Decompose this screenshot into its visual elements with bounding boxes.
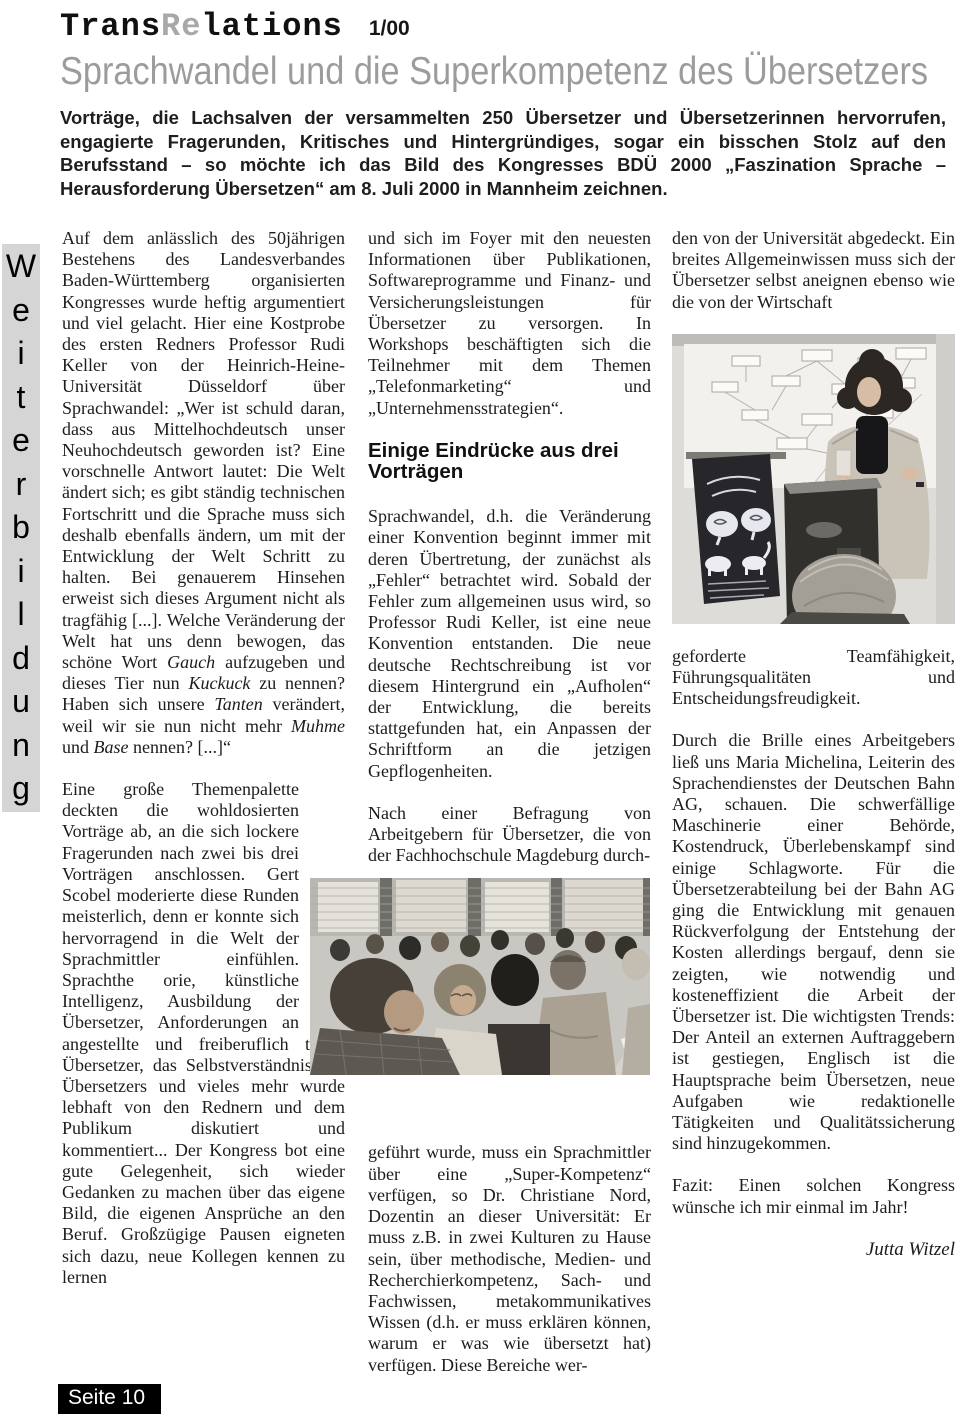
- logo-part-re: Re: [161, 8, 201, 45]
- sidebar-letter: t: [17, 376, 26, 420]
- sidebar-letter: n: [12, 724, 30, 768]
- logo-part-trans: Trans: [60, 8, 161, 45]
- sidebar-letter: e: [12, 419, 30, 463]
- author-byline: Jutta Witzel: [672, 1239, 955, 1260]
- paragraph: Nach einer Befragung von Arbeitgebern fü…: [368, 803, 651, 867]
- issue-number: 1/00: [369, 17, 410, 40]
- paragraph: den von der Universität abgedeckt. Ein b…: [672, 228, 955, 313]
- masthead: TransRelations1/00: [60, 8, 410, 45]
- section-heading: Einige Eindrücke aus drei Vorträgen: [368, 440, 651, 482]
- newsletter-page: TransRelations1/00 Sprachwandel und die …: [0, 0, 960, 1417]
- sidebar-letter: e: [12, 289, 30, 333]
- sidebar-letter: i: [17, 332, 24, 376]
- sidebar-letter: l: [17, 593, 24, 637]
- text-column-2: und sich im Foyer mit den neuesten Infor…: [368, 228, 651, 1397]
- article-title-text: Sprachwandel und die Superkompetenz des …: [60, 50, 928, 94]
- paragraph: geforderte Teamfähigkeit, Führungsqualit…: [672, 646, 955, 710]
- article-title: Sprachwandel und die Superkompetenz des …: [60, 50, 960, 94]
- audience-listening-photo: [310, 878, 650, 1075]
- text-column-1: Auf dem anlässlich des 50jährigen Besteh…: [62, 228, 345, 1309]
- sidebar-letter: r: [16, 463, 27, 507]
- sidebar-letter: b: [12, 506, 30, 550]
- text-column-3: den von der Universität abgedeckt. Ein b…: [672, 228, 955, 1281]
- speaker-with-projection-photo: [672, 334, 955, 624]
- page-number-label: Seite 10: [68, 1386, 145, 1409]
- sidebar-letter: i: [17, 550, 24, 594]
- paragraph: Durch die Brille eines Arbeitgebers ließ…: [672, 730, 955, 1154]
- sidebar-letter: u: [12, 680, 30, 724]
- paragraph: und sich im Foyer mit den neuesten Infor…: [368, 228, 651, 419]
- sidebar-letter: W: [6, 245, 36, 289]
- logo-part-lations: lations: [201, 8, 342, 45]
- magazine-logo: TransRelations: [60, 8, 343, 45]
- sidebar-letter: g: [12, 767, 30, 811]
- paragraph: geführt wurde, muss ein Sprachmittler üb…: [368, 1142, 651, 1375]
- page-footer: Seite 10: [58, 1384, 161, 1414]
- article-lead: Vorträge, die Lachsalven der versammelte…: [60, 106, 946, 200]
- sidebar-letter: d: [12, 637, 30, 681]
- paragraph: Auf dem anlässlich des 50jährigen Besteh…: [62, 228, 345, 758]
- paragraph: Sprachwandel, d.h. die Veränderung einer…: [368, 506, 651, 782]
- paragraph: Fazit: Einen solchen Kongress wünsche ic…: [672, 1175, 955, 1217]
- weiterbildung-sidebar: W e i t e r b i l d u n g: [2, 244, 40, 812]
